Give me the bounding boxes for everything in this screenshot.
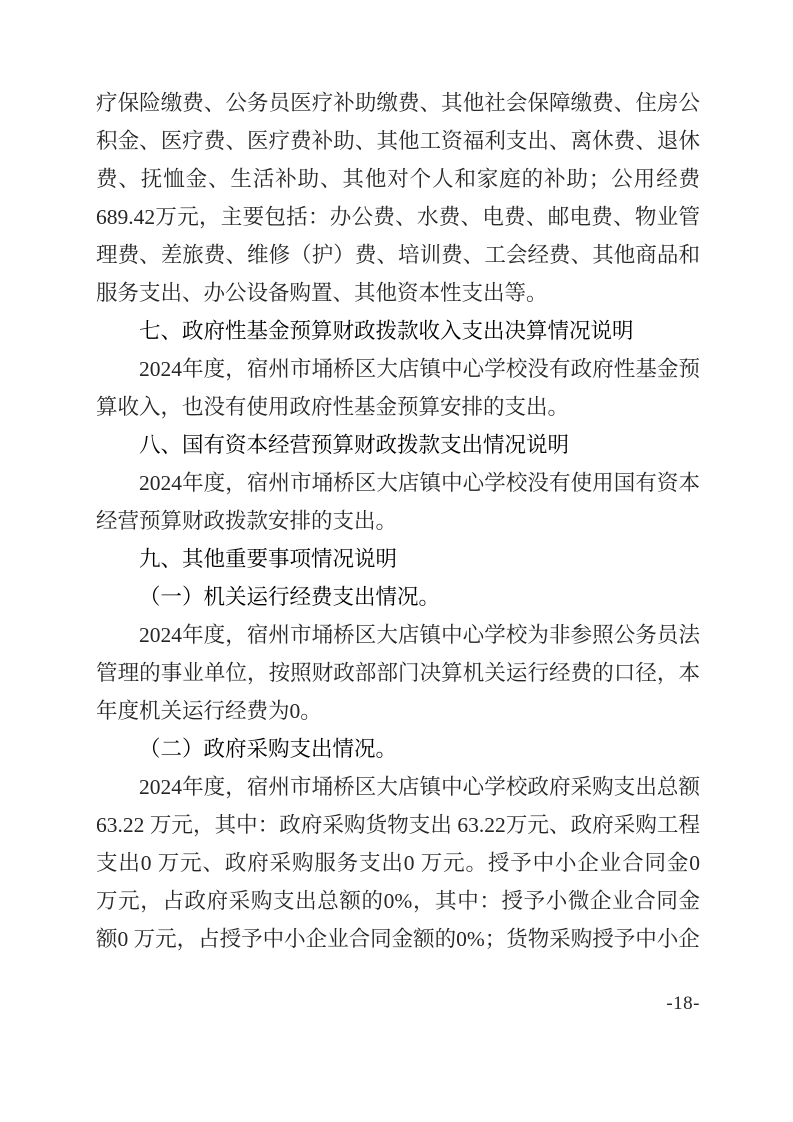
subheading-two-gov-procurement: （二）政府采购支出情况。 [96, 730, 700, 768]
paragraph-gov-procurement: 2024年度，宿州市埇桥区大店镇中心学校政府采购支出总额63.22 万元，其中：… [96, 768, 700, 958]
paragraph-state-capital-budget: 2024年度，宿州市埇桥区大店镇中心学校没有使用国有资本经营预算财政拨款安排的支… [96, 464, 700, 540]
subheading-one-operating-expense: （一）机关运行经费支出情况。 [96, 578, 700, 616]
paragraph-operating-expense: 2024年度，宿州市埇桥区大店镇中心学校为非参照公务员法管理的事业单位，按照财政… [96, 616, 700, 730]
heading-section-seven-gov-fund-budget: 七、政府性基金预算财政拨款收入支出决算情况说明 [96, 312, 700, 350]
heading-section-nine-other-important-matters: 九、其他重要事项情况说明 [96, 540, 700, 578]
paragraph-gov-fund-budget: 2024年度，宿州市埇桥区大店镇中心学校没有政府性基金预算收入，也没有使用政府性… [96, 350, 700, 426]
page-number: -18- [666, 993, 700, 1015]
paragraph-expense-detail-continued: 疗保险缴费、公务员医疗补助缴费、其他社会保障缴费、住房公积金、医疗费、医疗费补助… [96, 84, 700, 312]
heading-section-eight-state-capital-budget: 八、国有资本经营预算财政拨款支出情况说明 [96, 426, 700, 464]
document-body: 疗保险缴费、公务员医疗补助缴费、其他社会保障缴费、住房公积金、医疗费、医疗费补助… [96, 84, 700, 958]
document-page: 疗保险缴费、公务员医疗补助缴费、其他社会保障缴费、住房公积金、医疗费、医疗费补助… [0, 0, 793, 1122]
